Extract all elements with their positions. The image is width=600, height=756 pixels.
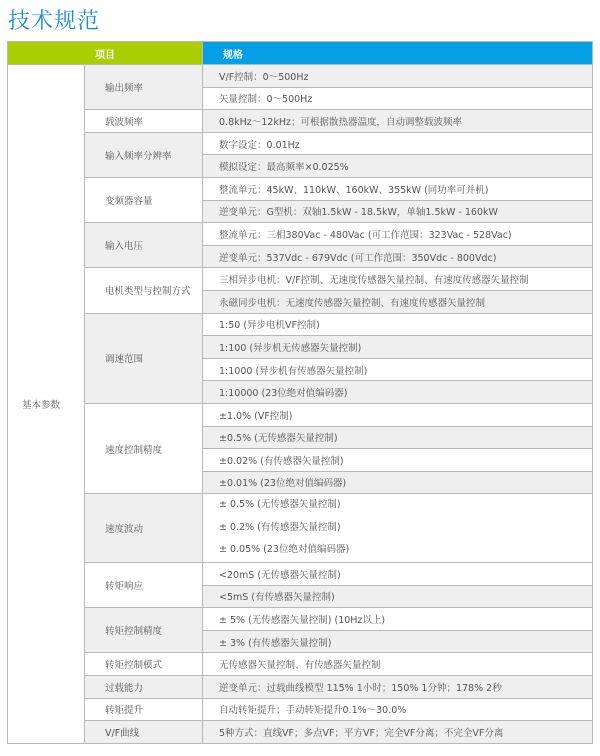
param-value: ± 0.2% (有传感器矢量控制) bbox=[219, 517, 592, 540]
param-value: 永磁同步电机：无速度传感器矢量控制、有速度传感器矢量控制 bbox=[203, 290, 593, 313]
table-row: 调速范围 1:50 (异步电机VF控制) bbox=[8, 313, 593, 336]
param-value: 逆变单元：G型机：双轴1.5kW - 18.5kW，单轴1.5kW - 160k… bbox=[203, 200, 593, 223]
param-value: 模拟设定：最高频率×0.025% bbox=[203, 155, 593, 178]
param-value: 三相异步电机：V/F控制、无速度传感器矢量控制、有速度传感器矢量控制 bbox=[203, 268, 593, 291]
param-value: 整流单元：45kW、110kW、160kW、355kW (同功率可并机) bbox=[203, 177, 593, 200]
table-row: 电机类型与控制方式 三相异步电机：V/F控制、无速度传感器矢量控制、有速度传感器… bbox=[8, 268, 593, 291]
param-value: ±0.01% (23位绝对值编码器) bbox=[203, 471, 593, 494]
param-value: ±0.5% (无传感器矢量控制) bbox=[203, 426, 593, 449]
param-value: ±0.02% (有传感器矢量控制) bbox=[203, 449, 593, 472]
table-row: 输入频率分辨率 数字设定：0.01Hz bbox=[8, 132, 593, 155]
param-name: 变频器容量 bbox=[85, 177, 203, 222]
table-header-row: 项目 规格 bbox=[8, 42, 593, 65]
param-value: 1:10000 (23位绝对值编码器) bbox=[203, 381, 593, 404]
param-name: 过载能力 bbox=[85, 676, 203, 699]
param-value: 0.8kHz～12kHz；可根据散热器温度，自动调整载波频率 bbox=[203, 110, 593, 133]
param-name: 速度波动 bbox=[85, 494, 203, 563]
param-name: 速度控制精度 bbox=[85, 403, 203, 493]
param-value: 逆变单元：过载曲线模型 115% 1小时；150% 1分钟；178% 2秒 bbox=[203, 676, 593, 699]
param-value: ± 0.05% (23位绝对值编码器) bbox=[219, 539, 592, 562]
table-row: 基本参数 输出频率 V/F控制：0～500Hz bbox=[8, 65, 593, 88]
param-value: 数字设定：0.01Hz bbox=[203, 132, 593, 155]
param-name: 转矩响应 bbox=[85, 563, 203, 608]
header-item: 项目 bbox=[8, 42, 203, 65]
param-name: 电机类型与控制方式 bbox=[85, 268, 203, 313]
spec-table: 项目 规格 基本参数 输出频率 V/F控制：0～500Hz 矢量控制：0～500… bbox=[7, 41, 593, 744]
param-name: 载波频率 bbox=[85, 110, 203, 133]
param-value: 1:50 (异步电机VF控制) bbox=[203, 313, 593, 336]
param-value: 自动转矩提升；手动转矩提升0.1%～30.0% bbox=[203, 698, 593, 721]
page-title: 技术规范 bbox=[8, 4, 100, 35]
param-value: 无传感器矢量控制、有传感器矢量控制 bbox=[203, 653, 593, 676]
param-value-multiline: ± 0.5% (无传感器矢量控制) ± 0.2% (有传感器矢量控制) ± 0.… bbox=[203, 494, 593, 563]
param-name: 调速范围 bbox=[85, 313, 203, 403]
category-cell: 基本参数 bbox=[8, 65, 85, 744]
table-row: 转矩控制精度 ± 5% (无传感器矢量控制) (10Hz以上) bbox=[8, 608, 593, 631]
param-name: 转矩控制精度 bbox=[85, 608, 203, 653]
param-value: ± 0.5% (无传感器矢量控制) bbox=[219, 494, 592, 517]
table-row: 转矩响应 <20mS (无传感器矢量控制) bbox=[8, 563, 593, 586]
header-spec: 规格 bbox=[203, 42, 593, 65]
table-row: 变频器容量 整流单元：45kW、110kW、160kW、355kW (同功率可并… bbox=[8, 177, 593, 200]
table-row: 载波频率 0.8kHz～12kHz；可根据散热器温度，自动调整载波频率 bbox=[8, 110, 593, 133]
param-name: 转矩控制模式 bbox=[85, 653, 203, 676]
param-value: <20mS (无传感器矢量控制) bbox=[203, 563, 593, 586]
table-row: 速度控制精度 ±1.0% (VF控制) bbox=[8, 403, 593, 426]
table-row: 输入电压 整流单元：三相380Vac - 480Vac (可工作范围：323Va… bbox=[8, 223, 593, 246]
param-value: ± 3% (有传感器矢量控制) bbox=[203, 630, 593, 653]
param-value: <5mS (有传感器矢量控制) bbox=[203, 585, 593, 608]
param-value: 1:1000 (异步机有传感器矢量控制) bbox=[203, 358, 593, 381]
param-name: 输入频率分辨率 bbox=[85, 132, 203, 177]
param-value: 5种方式：直线VF；多点VF；平方VF；完全VF分离；不完全VF分离 bbox=[203, 721, 593, 744]
table-row: 过载能力 逆变单元：过载曲线模型 115% 1小时；150% 1分钟；178% … bbox=[8, 676, 593, 699]
param-value: 矢量控制：0～500Hz bbox=[203, 87, 593, 110]
table-row: 转矩提升 自动转矩提升；手动转矩提升0.1%～30.0% bbox=[8, 698, 593, 721]
param-value: 1:100 (异步机无传感器矢量控制) bbox=[203, 336, 593, 359]
param-name: 输入电压 bbox=[85, 223, 203, 268]
table-row: 转矩控制模式 无传感器矢量控制、有传感器矢量控制 bbox=[8, 653, 593, 676]
param-name: V/F曲线 bbox=[85, 721, 203, 744]
param-value: V/F控制：0～500Hz bbox=[203, 65, 593, 88]
table-row: V/F曲线 5种方式：直线VF；多点VF；平方VF；完全VF分离；不完全VF分离 bbox=[8, 721, 593, 744]
param-name: 输出频率 bbox=[85, 65, 203, 110]
param-value: ± 5% (无传感器矢量控制) (10Hz以上) bbox=[203, 608, 593, 631]
param-value: 整流单元：三相380Vac - 480Vac (可工作范围：323Vac - 5… bbox=[203, 223, 593, 246]
param-value: ±1.0% (VF控制) bbox=[203, 403, 593, 426]
param-name: 转矩提升 bbox=[85, 698, 203, 721]
param-value: 逆变单元：537Vdc - 679Vdc (可工作范围：350Vdc - 800… bbox=[203, 245, 593, 268]
table-row: 速度波动 ± 0.5% (无传感器矢量控制) ± 0.2% (有传感器矢量控制)… bbox=[8, 494, 593, 563]
